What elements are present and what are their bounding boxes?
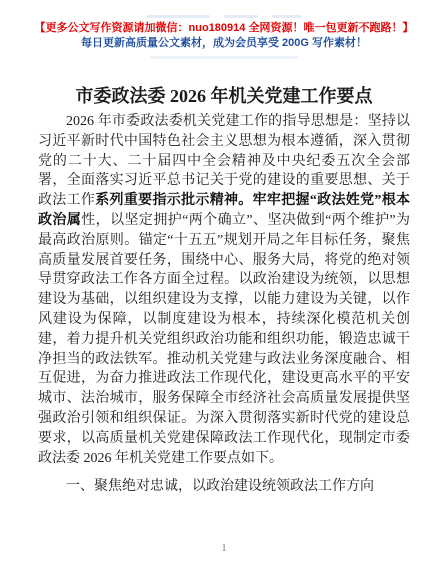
faded-text-artifact bbox=[272, 15, 302, 18]
paragraph-intro-regular-2: 性，以坚定拥护“两个确立”、坚决做到“两个维护”为最高政治原则。锚定“十五五”规… bbox=[38, 213, 410, 466]
faded-text-artifact bbox=[146, 15, 210, 18]
paragraph-intro: 2026 年市委政法委机关党建工作的指导思想是：坚持以习近平新时代中国特色社会主… bbox=[38, 112, 410, 468]
document-page: 【更多公文写作资源请加微信：nuo180914 全网资源！唯一包更新不跑路！】 … bbox=[0, 0, 448, 580]
promo-banner-line1: 【更多公文写作资源请加微信：nuo180914 全网资源！唯一包更新不跑路！】 bbox=[0, 21, 448, 35]
page-number: 1 bbox=[0, 543, 448, 554]
faded-text-artifact bbox=[224, 15, 258, 18]
promo-banner: 【更多公文写作资源请加微信：nuo180914 全网资源！唯一包更新不跑路！】 … bbox=[0, 21, 448, 50]
document-title: 市委政法委 2026 年机关党建工作要点 bbox=[0, 82, 448, 108]
faded-watermark-row2 bbox=[0, 56, 448, 59]
promo-banner-line2: 每日更新高质量公文素材，成为会员享受 200G 写作素材！ bbox=[0, 36, 448, 50]
section-heading-1: 一、聚焦绝对忠诚，以政治建设统领政法工作方向 bbox=[38, 477, 410, 497]
faded-text-artifact bbox=[149, 56, 299, 59]
document-body: 2026 年市委政法委机关党建工作的指导思想是：坚持以习近平新时代中国特色社会主… bbox=[38, 112, 410, 497]
faded-watermark-row bbox=[0, 15, 448, 19]
